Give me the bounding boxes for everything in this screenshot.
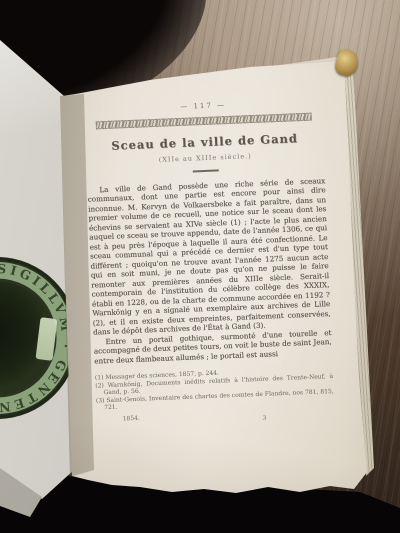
ornamental-rule — [96, 113, 312, 130]
volume-mark: 1854. — [123, 415, 140, 423]
photo-open-book-scene: SIGILLVM · GENTENSIS · — 117 — Sceau de … — [0, 0, 400, 533]
divider-rule — [193, 169, 219, 172]
body-paragraph: La ville de Gand possède une riche série… — [87, 176, 331, 337]
footnotes: (1) Messager des sciences, 1857, p. 244.… — [95, 365, 334, 412]
printed-text-block: — 117 — Sceau de la ville de Gand (XIIe … — [84, 97, 335, 429]
gathering-mark: 3 — [263, 415, 267, 422]
